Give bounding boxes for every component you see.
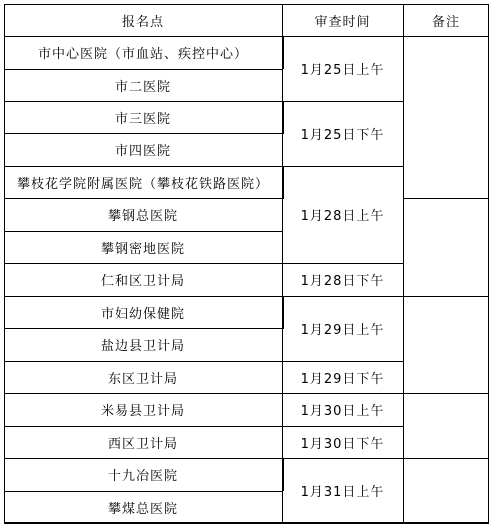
time-cell: 1月30日上午 [282,393,403,426]
site-cell: 市妇幼保健院 [4,296,282,328]
remarks-cell [403,393,489,458]
column-divider-bold [283,166,284,199]
time-cell: 1月31日上午 [282,458,403,523]
remarks-cell [403,198,489,296]
table-border-bottom [4,522,489,524]
header-site: 报名点 [4,4,282,36]
column-divider-bold [283,101,284,134]
site-cell: 东区卫计局 [4,361,282,393]
row-divider [4,491,283,492]
row-divider [403,198,489,199]
time-cell: 1月28日上午 [282,166,403,263]
row-divider [4,263,403,264]
time-cell: 1月28日下午 [282,263,403,296]
header-remarks: 备注 [403,4,489,36]
time-cell: 1月25日上午 [282,36,403,101]
time-cell: 1月29日下午 [282,361,403,393]
site-cell: 盐边县卫计局 [4,328,282,361]
row-divider [4,166,403,167]
column-divider [282,4,283,524]
row-divider [4,231,283,232]
row-divider [4,36,489,37]
remarks-cell [403,458,489,523]
time-cell: 1月30日下午 [282,426,403,458]
header-time: 审查时间 [282,4,403,36]
row-divider [4,133,283,134]
site-cell: 市四医院 [4,133,282,166]
table-border-left [4,4,5,524]
site-cell: 市中心医院（市血站、疾控中心） [4,36,282,69]
site-cell: 攀枝花学院附属医院（攀枝花铁路医院） [4,166,282,198]
column-divider-bold [283,36,284,69]
screening-schedule-table: 报名点 审查时间 备注 市中心医院（市血站、疾控中心） 市二医院 市三医院 市四… [4,4,489,524]
site-cell: 仁和区卫计局 [4,263,282,296]
site-cell: 市三医院 [4,101,282,133]
row-divider [4,296,489,297]
site-cell: 西区卫计局 [4,426,282,458]
row-divider [4,393,489,394]
row-divider [4,198,283,199]
row-divider [4,69,283,70]
column-divider-bold [283,296,284,329]
site-cell: 米易县卫计局 [4,393,282,426]
column-divider [403,4,404,524]
site-cell: 攀钢总医院 [4,198,282,231]
table-border-top [4,4,489,5]
remarks-cell [403,36,489,198]
table-border-right [488,4,489,524]
time-cell: 1月25日下午 [282,101,403,166]
row-divider [4,458,489,459]
remarks-cell [403,296,489,393]
site-cell: 十九冶医院 [4,458,282,491]
site-cell: 市二医院 [4,69,282,101]
site-cell: 攀钢密地医院 [4,231,282,263]
column-divider-bold [283,458,284,491]
row-divider [4,426,403,427]
time-cell: 1月29日上午 [282,296,403,361]
row-divider [4,328,283,329]
site-cell: 攀煤总医院 [4,491,282,523]
row-divider [4,361,403,362]
row-divider [4,101,403,102]
